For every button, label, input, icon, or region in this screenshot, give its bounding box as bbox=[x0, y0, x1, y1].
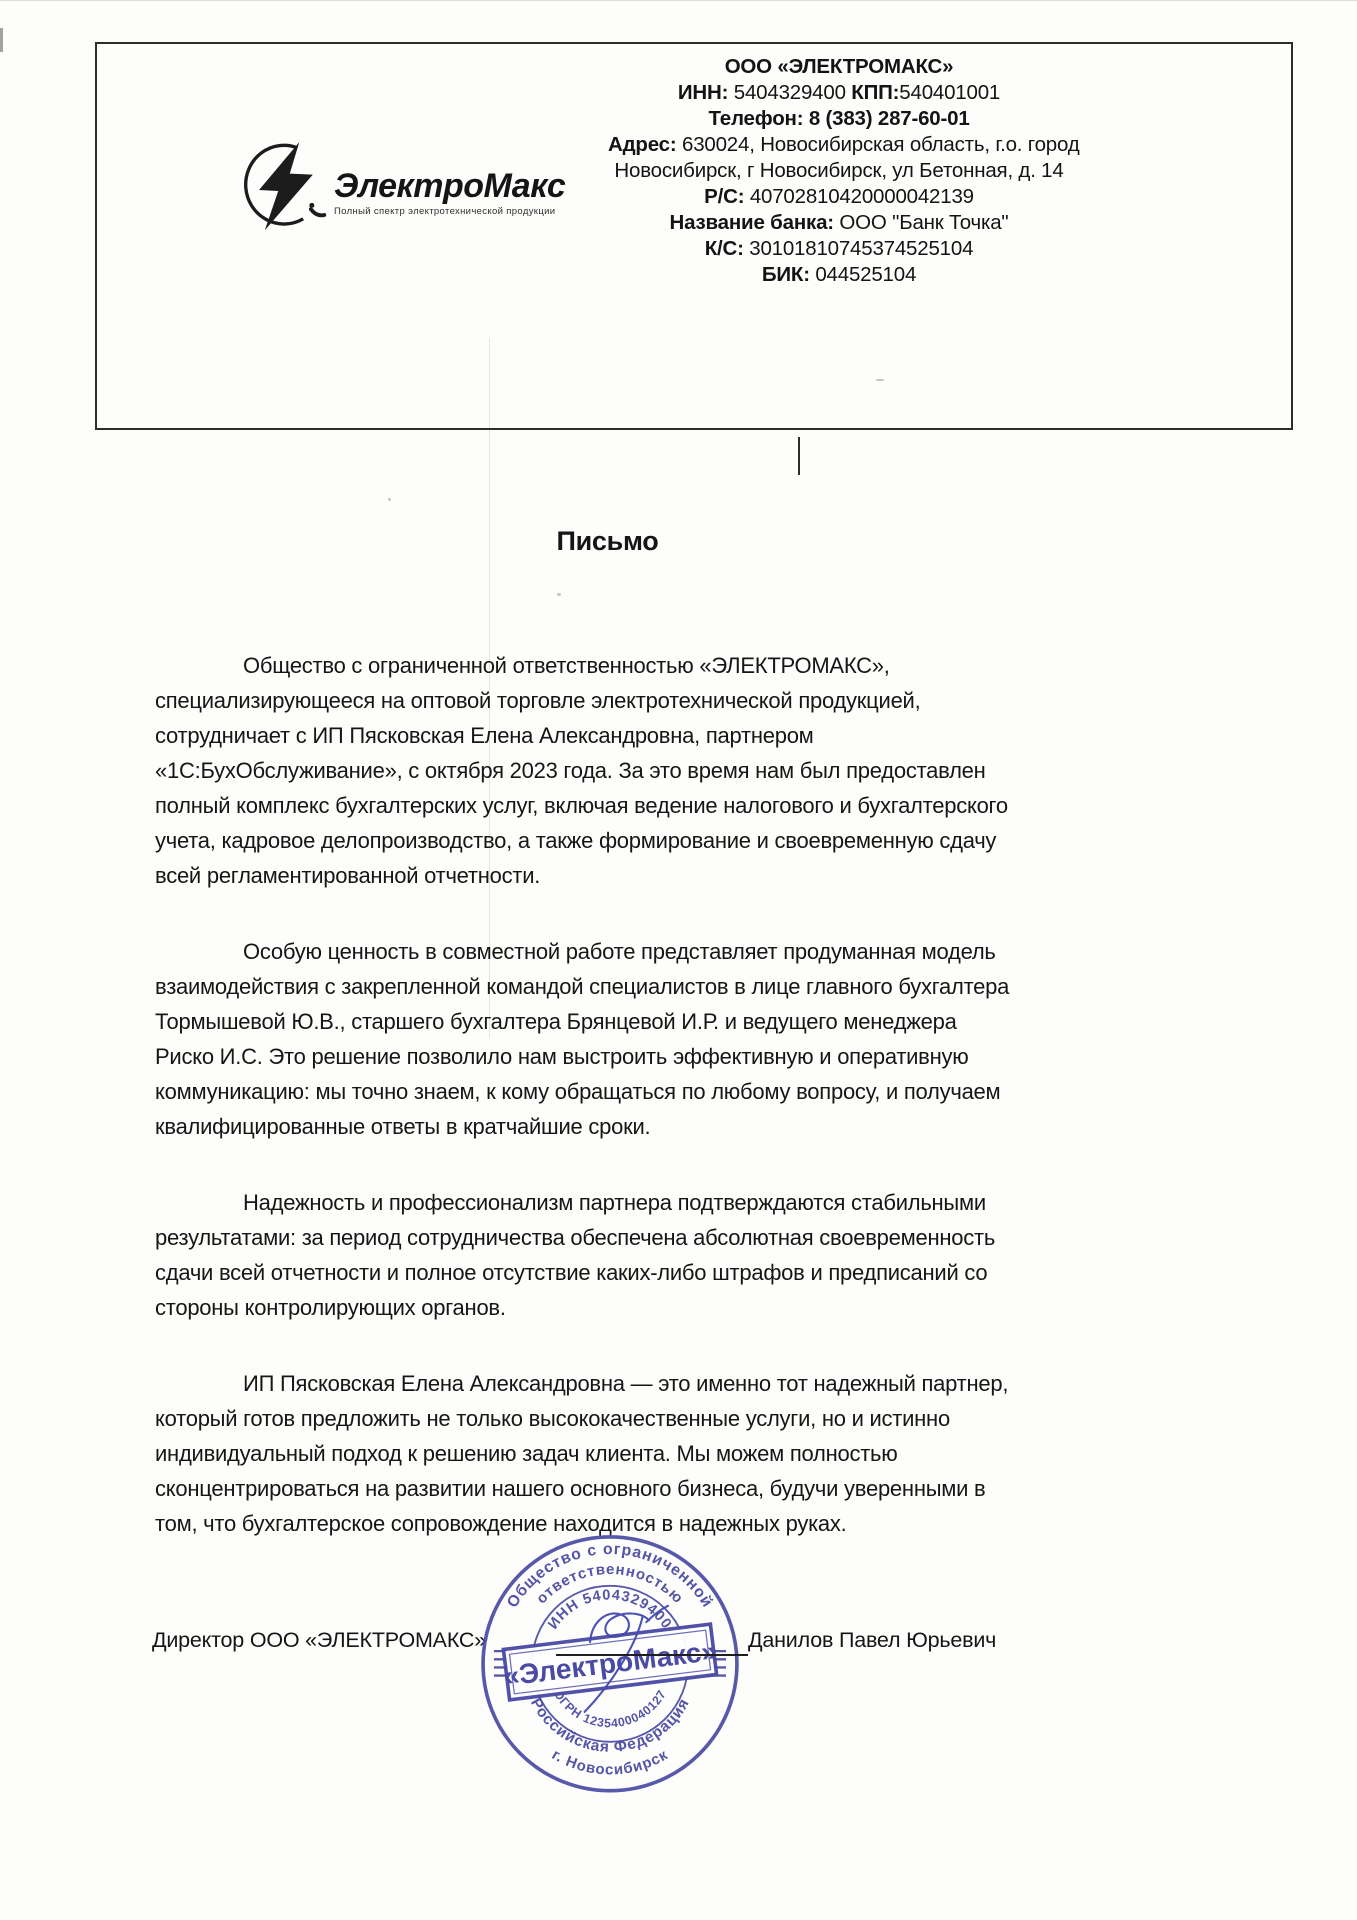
scan-corner-artifact bbox=[0, 28, 3, 52]
company-logo: ЭлектроМакс Полный спектр электротехниче… bbox=[236, 140, 536, 232]
director-label: Директор ООО «ЭЛЕКТРОМАКС» bbox=[152, 1628, 486, 1653]
header-info-line: К/С: 30101810745374525104 bbox=[608, 236, 1070, 262]
scan-speck bbox=[388, 498, 391, 501]
scanned-letter-page: { "page": { "title_label": "Письмо" }, "… bbox=[0, 0, 1357, 1920]
header-info-line: ООО «ЭЛЕКТРОМАКС» bbox=[608, 54, 1070, 80]
header-info-line: Название банка: ООО "Банк Точка" bbox=[608, 210, 1070, 236]
body-paragraph: Общество с ограниченной ответственностью… bbox=[155, 648, 1017, 893]
header-info-line: Адрес: 630024, Новосибирская область, г.… bbox=[608, 132, 1070, 158]
header-info-line: Новосибирск, г Новосибирск, ул Бетонная,… bbox=[608, 158, 1070, 184]
signature-line bbox=[556, 1654, 748, 1656]
logo-text-block: ЭлектроМакс Полный спектр электротехниче… bbox=[334, 169, 565, 217]
logo-name: ЭлектроМакс bbox=[334, 169, 565, 203]
header-info-line: Р/С: 40702810420000042139 bbox=[608, 184, 1070, 210]
header-info-line: ИНН: 5404329400 КПП:540401001 bbox=[608, 80, 1070, 106]
body-paragraph: Надежность и профессионализм партнера по… bbox=[155, 1185, 1017, 1325]
company-info-block: ООО «ЭЛЕКТРОМАКС»ИНН: 5404329400 КПП:540… bbox=[608, 54, 1070, 288]
director-name: Данилов Павел Юрьевич bbox=[748, 1628, 996, 1653]
header-info-line: БИК: 044525104 bbox=[608, 262, 1070, 288]
scan-edge-artifact bbox=[0, 0, 1357, 1]
body-paragraph: ИП Пясковская Елена Александровна — это … bbox=[155, 1366, 1017, 1541]
scan-speck bbox=[557, 593, 561, 596]
lightning-bolt-icon bbox=[236, 142, 332, 230]
svg-text:ИНН 5404329400: ИНН 5404329400 bbox=[545, 1587, 675, 1632]
letter-body: Общество с ограниченной ответственностью… bbox=[155, 648, 1017, 1582]
logo-tagline: Полный спектр электротехнической продукц… bbox=[334, 206, 565, 217]
table-cell-divider bbox=[798, 437, 800, 475]
company-stamp: Общество с ограниченной ответственностью… bbox=[474, 1526, 746, 1798]
page-title: Письмо bbox=[155, 526, 1060, 557]
body-paragraph: Особую ценность в совместной работе пред… bbox=[155, 934, 1017, 1144]
header-info-line: Телефон: 8 (383) 287-60-01 bbox=[608, 106, 1070, 132]
